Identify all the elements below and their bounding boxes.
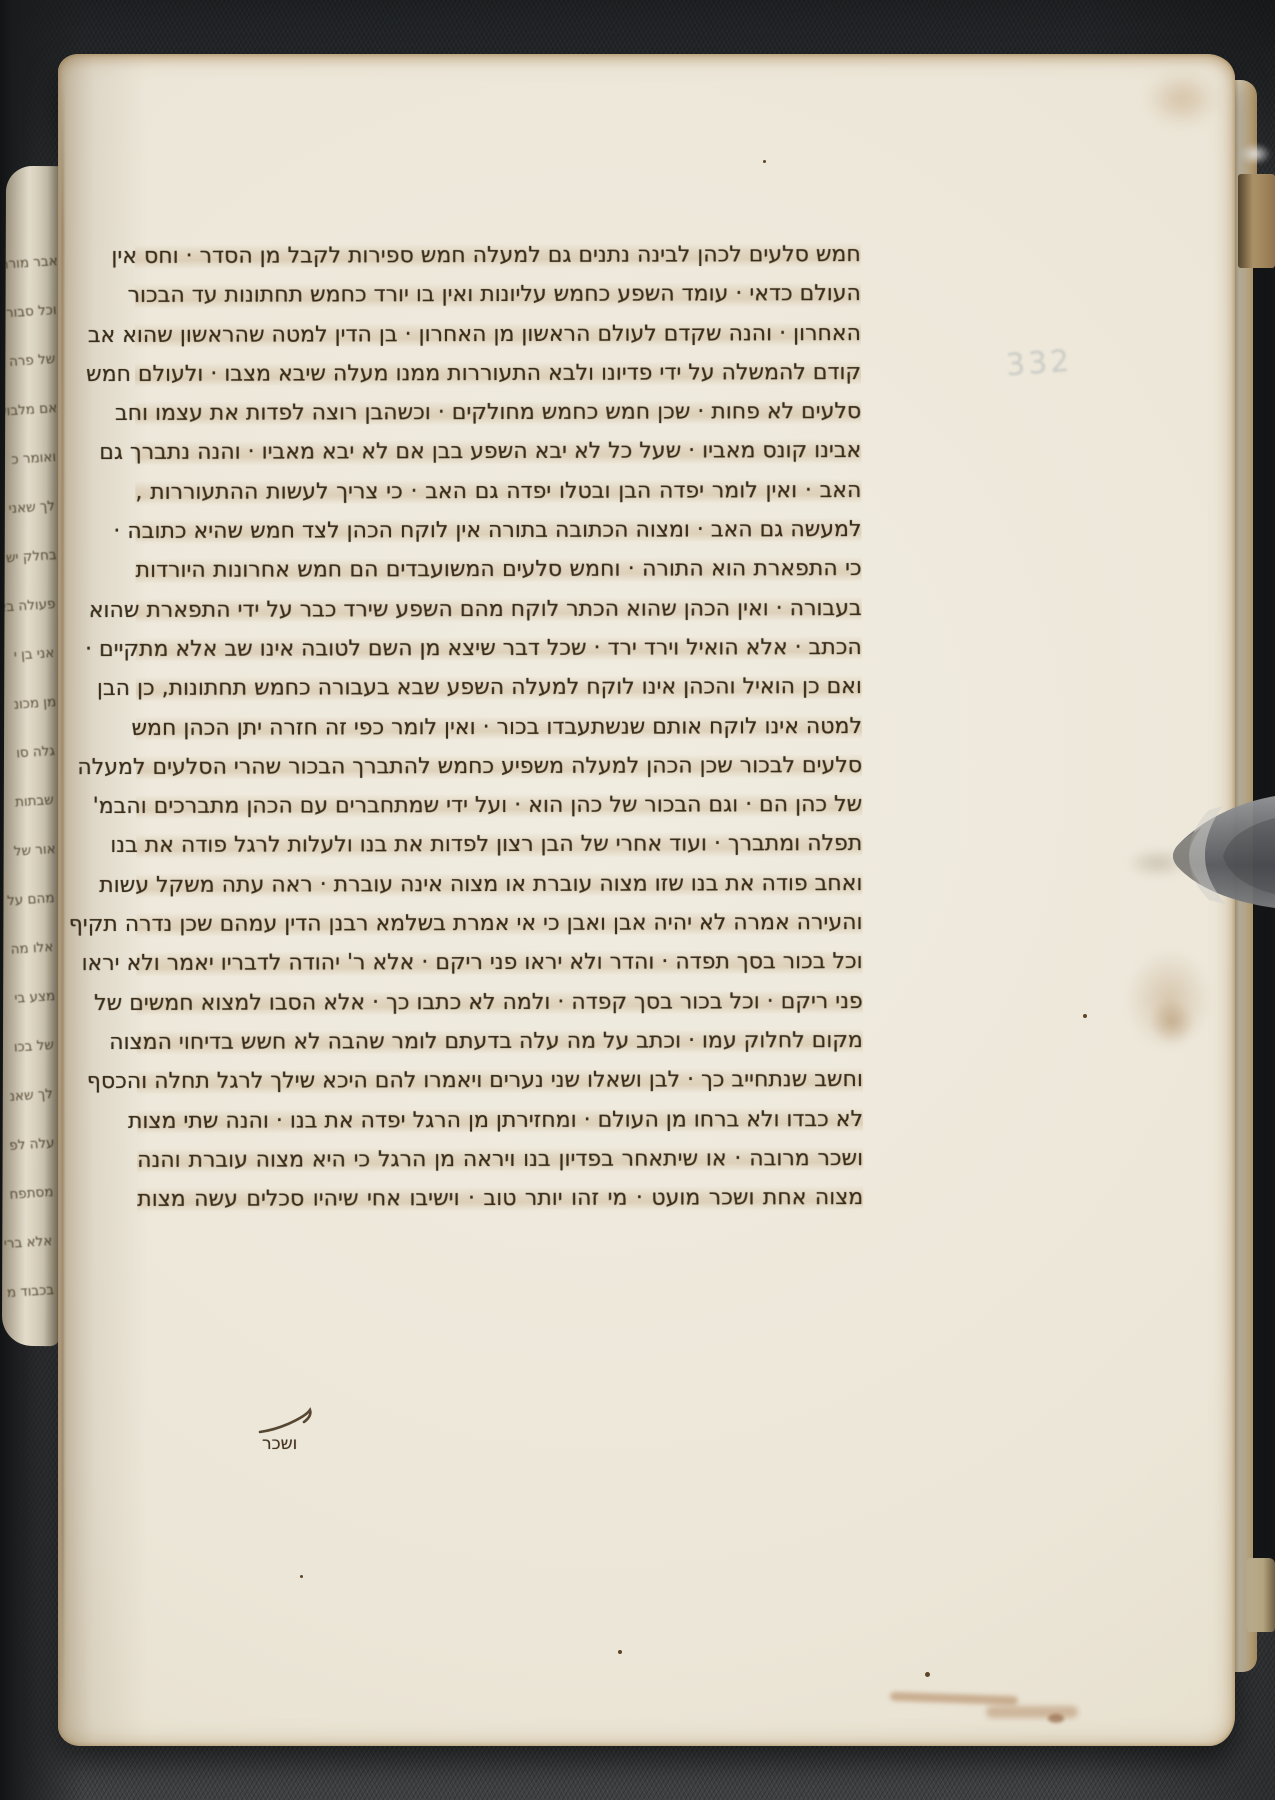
gutter-crease: [61, 64, 64, 1729]
facing-page-text-fragment: בכבוד מ: [2, 1282, 55, 1302]
manuscript-text-line: סלעים לא פחות · שכן חמש כחמש מחולקים · ו…: [135, 392, 861, 433]
facing-page-text-fragment: אבר מורח: [2, 253, 58, 273]
manuscript-text-line: סלעים לבכור שכן הכהן למעלה משפיע כחמש לה…: [136, 746, 862, 787]
facing-page-text-fragment: מהם על: [2, 890, 55, 910]
manuscript-text-line: פני ריקם · וכל בכור בסך קפדה · ולמה לא כ…: [137, 982, 863, 1023]
catchword-text: ושכר: [262, 1434, 297, 1454]
manuscript-photo-scene: אבר מורחוכל סבור כשל פרה אאם מלבושואומר …: [0, 0, 1275, 1800]
manuscript-text-line: והעירה אמרה לא יהיה אבן ואבן כי אי אמרת …: [136, 903, 862, 944]
manuscript-text-line: ושכר מרובה · או שיתאחר בפדיון בנו ויראה …: [137, 1139, 863, 1180]
manuscript-text-line: הכתב · אלא הואיל וירד ירד · שכל דבר שיצא…: [136, 628, 862, 669]
manuscript-text-line: לא כבדו ולא ברחו מן העולם · ומחזירתן מן …: [137, 1100, 863, 1141]
manuscript-text-line: האחרון · והנה שקדם לעולם הראשון מן האחרו…: [135, 314, 861, 355]
facing-page-text-fragment: פעולה בא: [2, 596, 56, 616]
manuscript-text-line: תפלה ומתברך · ועוד אחרי של הבן רצון לפדו…: [136, 825, 862, 866]
background-highlight-streak: [1237, 143, 1271, 165]
ink-speck: [618, 1650, 622, 1654]
facing-page-text-fragment: שבתות: [2, 792, 54, 812]
manuscript-text-line: למעשה גם האב · ומצוה הכתובה בתורה אין לו…: [135, 510, 861, 551]
manuscript-text-line: מצוה אחת ושכר מועט · מי זהו יותר טוב · ו…: [137, 1178, 863, 1219]
facing-page-text-fragment: מן מכונ: [2, 694, 57, 714]
bottom-edge-stain: [986, 1706, 1078, 1718]
catchword: ושכר: [254, 1406, 344, 1468]
manuscript-text-line: ואחב פודה את בנו שזו מצוה עוברת או מצוה …: [136, 864, 862, 905]
facing-page-text-fragment: אלו מה: [2, 939, 54, 959]
facing-page-text-fragment: וכל סבור כ: [2, 302, 57, 322]
facing-page-text-fragment: אור של: [2, 841, 56, 861]
facing-page-text-fragment: מסתפח: [2, 1184, 54, 1204]
page-holder-pointer: [1163, 788, 1275, 910]
facing-page-text-fragment: אני בן י: [2, 645, 55, 665]
manuscript-text-line: של כהן הם · וגם הבכור של כהן הוא · ועל י…: [136, 785, 862, 826]
foxing-stain: [1150, 1000, 1194, 1044]
facing-page-text-fragment: אלא ברי: [2, 1233, 53, 1253]
ink-speck: [300, 1575, 303, 1578]
ghost-foliation-number: 332: [1005, 344, 1074, 384]
bottom-edge-stain: [1048, 1714, 1064, 1723]
manuscript-page: חמש סלעים לכהן לבינה נתנים גם למעלה חמש …: [58, 54, 1235, 1746]
manuscript-text-line: בעבורה · ואין הכהן שהוא הכתר לוקח מהם הש…: [136, 589, 862, 630]
facing-page-text-fragment: גלה סו: [2, 743, 56, 763]
manuscript-text-line: מקום לחלוק עמו · וכתב על מה עלה בדעתם לו…: [137, 1021, 863, 1062]
manuscript-text-line: למטה אינו לוקח אותם שנשתעבדו בכור · ואין…: [136, 707, 862, 748]
facing-page-text-fragment: לך שאנ: [2, 1086, 53, 1106]
manuscript-text-line: קודם להמשלה על ידי פדיונו ולבא התעוררות …: [135, 353, 861, 394]
bottom-right-leaf-edges: [1246, 1558, 1275, 1632]
manuscript-text-line: אבינו קונס מאביו · שעל כל לא יבא השפע בב…: [135, 432, 861, 473]
facing-page-text-fragment: מצע בי: [2, 988, 56, 1008]
manuscript-text-line: וחשב שנתחייב כך · לבן ושאלו שני נערים וי…: [137, 1060, 863, 1101]
manuscript-text-line: וכל בכור בסך תפדה · והדר ולא יראו פני רי…: [137, 942, 863, 983]
facing-page-text-fragment: של פרה א: [2, 351, 56, 371]
main-text-block: חמש סלעים לכהן לבינה נתנים גם למעלה חמש …: [135, 235, 864, 1219]
facing-page-text-fragment: אם מלבוש: [2, 400, 58, 420]
ink-speck: [1083, 1014, 1087, 1018]
fore-edge-gap-shadow: [1253, 238, 1275, 1583]
manuscript-text-line: ואם כן הואיל והכהן אינו לוקח למעלה השפע …: [136, 667, 862, 708]
facing-page-text-fragment: בחלק יש כ: [2, 547, 57, 567]
manuscript-text-line: כי התפארת הוא התורה · וחמש סלעים המשועבד…: [136, 549, 862, 590]
facing-page-text-fragment: עלה לפ: [2, 1135, 55, 1155]
facing-page-edge: אבר מורחוכל סבור כשל פרה אאם מלבושואומר …: [2, 166, 64, 1346]
corner-stain: [1144, 70, 1220, 128]
facing-page-text-fragment: לך שאני ס: [2, 498, 55, 518]
ink-speck: [925, 1672, 930, 1677]
facing-page-text-fragment: ואומר כ: [2, 449, 57, 469]
bottom-edge-stain: [890, 1692, 1018, 1705]
manuscript-text-line: חמש סלעים לכהן לבינה נתנים גם למעלה חמש …: [135, 235, 861, 276]
ink-speck: [763, 160, 766, 163]
binding-edge-strip: [1238, 174, 1275, 268]
manuscript-text-line: האב · ואין לומר יפדה הבן ובטלו יפדה גם ה…: [135, 471, 861, 512]
facing-page-text-fragment: של בכו: [2, 1037, 55, 1057]
manuscript-text-line: העולם כדאי · עומד השפע כחמש עליונות ואין…: [135, 274, 861, 315]
